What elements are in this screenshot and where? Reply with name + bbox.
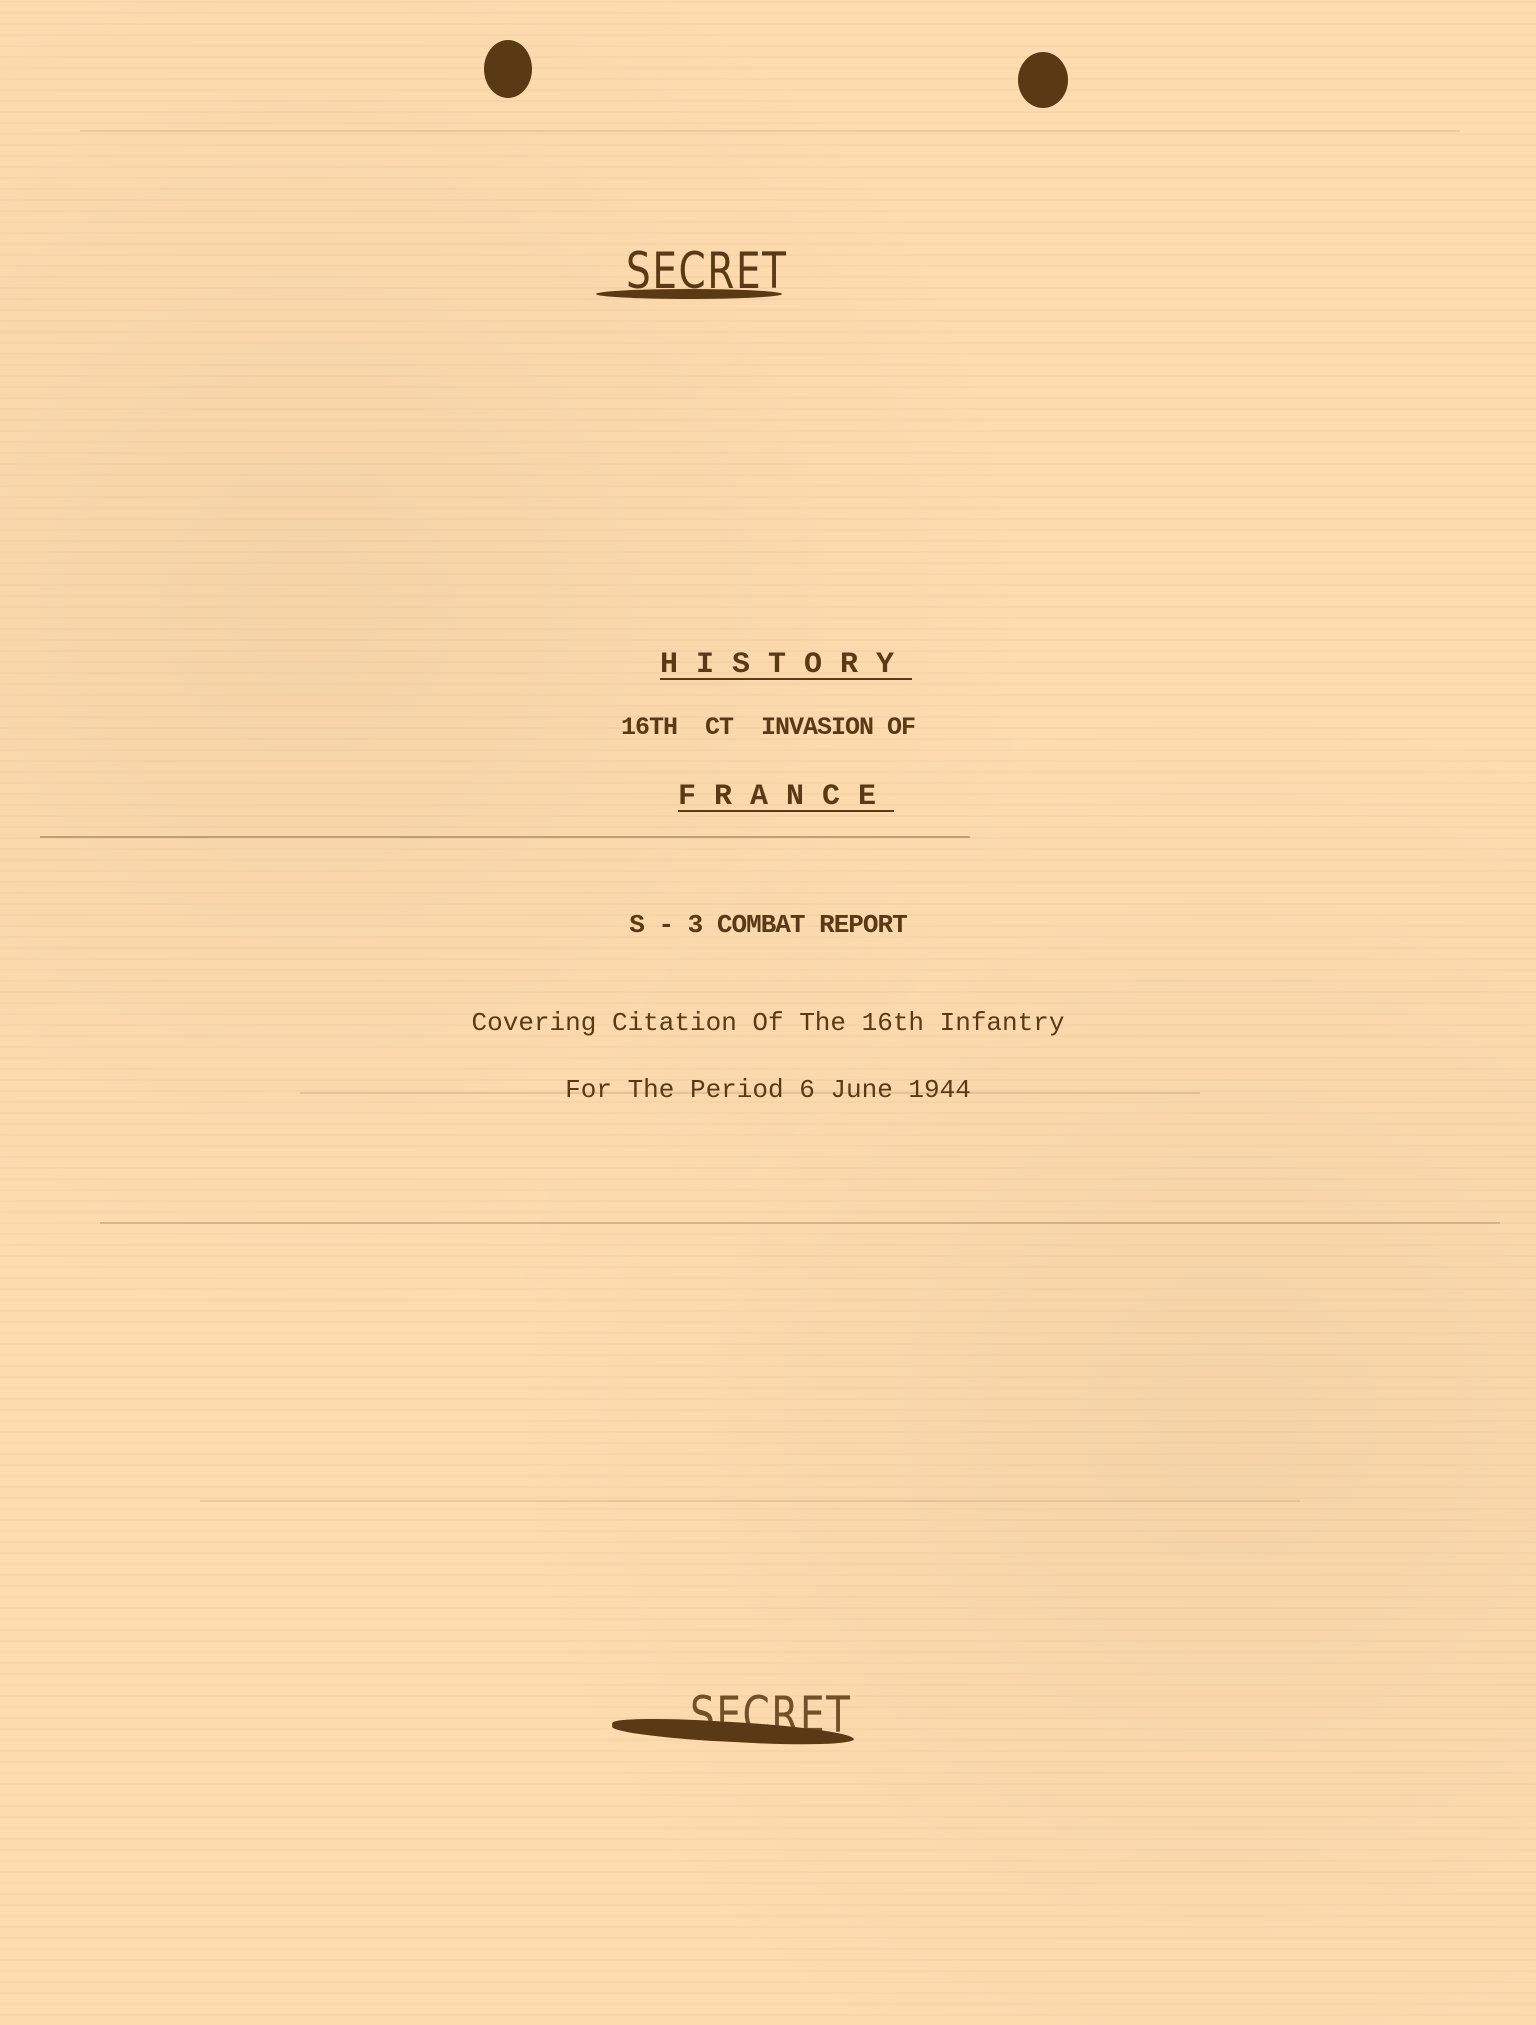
subtitle-citation: Covering Citation Of The 16th Infantry — [0, 1008, 1536, 1038]
scan-artifact-line — [100, 1222, 1500, 1224]
scan-artifact-line — [40, 836, 970, 838]
document-page: SECRET HISTORY 16TH CT INVASION OF FRANC… — [0, 0, 1536, 2025]
scan-artifact-line — [80, 130, 1460, 132]
punch-hole-left — [484, 40, 532, 98]
report-type: S - 3 COMBAT REPORT — [0, 910, 1536, 940]
secret-stamp-top-underline — [596, 289, 782, 299]
title-france: FRANCE — [0, 780, 1536, 814]
scan-artifact-line — [200, 1500, 1300, 1502]
subtitle-period: For The Period 6 June 1944 — [0, 1075, 1536, 1105]
punch-hole-right — [1018, 52, 1068, 108]
title-history: HISTORY — [0, 648, 1536, 682]
title-16th-ct-invasion: 16TH CT INVASION OF — [0, 713, 1536, 742]
